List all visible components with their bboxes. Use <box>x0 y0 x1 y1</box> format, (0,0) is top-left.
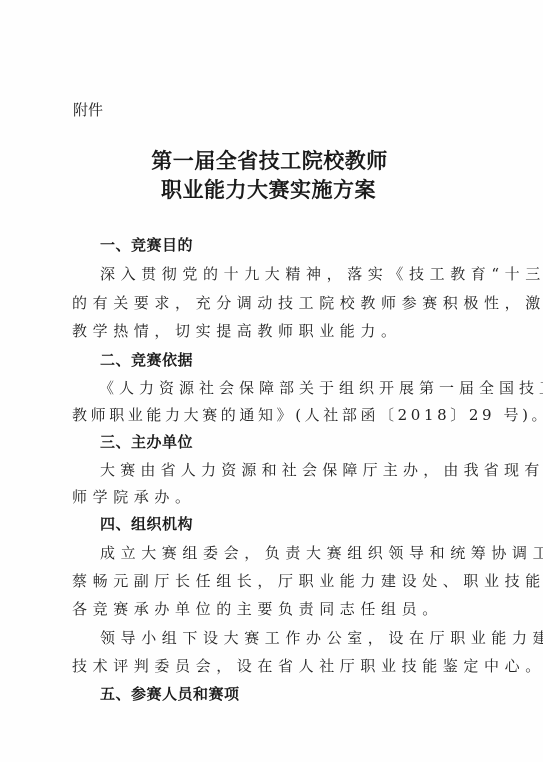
paragraph-line: 领导小组下设大赛工作办公室，设在厅职业能力建设处；设 <box>100 629 510 647</box>
paragraph-line: 的有关要求，充分调动技工院校教师参赛积极性，激发教师教育 <box>72 294 482 312</box>
paragraph-line: 教师职业能力大赛的通知》(人社部函〔2018〕29 号)。 <box>72 406 482 424</box>
section-heading-purpose: 一、竞赛目的 <box>100 236 193 254</box>
document-title-line-2: 职业能力大赛实施方案 <box>0 177 540 203</box>
document-title-line-1: 第一届全省技工院校教师 <box>0 148 541 174</box>
paragraph-line: 《人力资源社会保障部关于组织开展第一届全国技工院校 <box>99 379 509 397</box>
paragraph-line: 教学热情，切实提高教师职业能力。 <box>72 322 482 340</box>
attachment-label: 附件 <box>73 101 103 119</box>
paragraph-line: 各竞赛承办单位的主要负责同志任组员。 <box>72 600 482 618</box>
section-heading-organizer: 三、主办单位 <box>100 433 193 451</box>
paragraph-line: 蔡畅元副厅长任组长，厅职业能力建设处、职业技能鉴定中心、 <box>72 572 482 590</box>
paragraph-line: 技术评判委员会，设在省人社厅职业技能鉴定中心。 <box>72 657 482 675</box>
section-heading-participants: 五、参赛人员和赛项 <box>100 685 240 703</box>
paragraph-line: 师学院承办。 <box>72 488 482 506</box>
paragraph-line: 成立大赛组委会，负责大赛组织领导和统筹协调工作。由厅 <box>100 544 510 562</box>
paragraph-line: 大赛由省人力资源和社会保障厅主办，由我省现有的 9 所技 <box>100 461 510 479</box>
paragraph-line: 深入贯彻党的十九大精神，落实《技工教育“十三五”规划》 <box>100 265 510 283</box>
document-page: 附件 第一届全省技工院校教师 职业能力大赛实施方案 一、竞赛目的 深入贯彻党的十… <box>0 0 543 762</box>
section-heading-organization: 四、组织机构 <box>100 515 193 533</box>
section-heading-basis: 二、竞赛依据 <box>100 351 193 369</box>
